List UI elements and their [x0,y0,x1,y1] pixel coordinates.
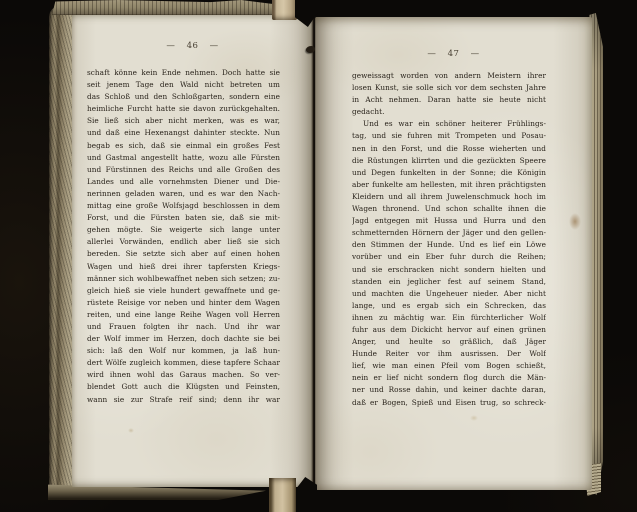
foxing-spot [237,117,244,123]
text-line: blendet Gott auch die Klügsten und Feins… [87,381,280,393]
text-line: daß er Bogen, Spieß und Eisen trug, so s… [352,397,546,409]
text-line: und daß eine Hexenangst dahinter steckte… [87,127,280,139]
text-line: tag, und sie fuhren mit Trompeten und Po… [352,130,546,142]
text-line: begab es sich, daß sie einmal ein großes… [87,140,280,152]
text-line: und sie erschracken nicht sondern hielte… [352,264,546,276]
text-line: gleich hieß sie viele hundert gewaffnete… [87,285,280,297]
text-line: fuhr aus dem Dickicht hervor auf einen g… [352,324,546,336]
text-line: Kleidern und all ihrem Juwelenschmuck ho… [352,191,546,203]
book-scan-photo: — 46 — schaft könne kein Ende nehmen. Do… [0,0,637,512]
foxing-spot [128,428,134,433]
text-line: Anger, und heulte so gräßlich, daß Jäger [352,336,546,348]
text-line: das Schloß und den Schloßgarten, sondern… [87,91,280,103]
text-line: seit jenem Tage den Wald nicht betreten … [87,79,280,91]
text-line: aber funkelte am hellesten, mit ihren pr… [352,179,546,191]
page-46: — 46 — schaft könne kein Ende nehmen. Do… [72,13,313,487]
text-line: allerlei Vorwänden, endlich aber ließ si… [87,236,280,248]
text-line: Landes und alle vornehmsten Diener und D… [87,176,280,188]
bookmark-ribbon-bottom [269,478,296,512]
text-line: rüstete Reisige vor neben und hinter dem… [87,297,280,309]
page-46-text-block: schaft könne kein Ende nehmen. Doch hatt… [87,67,280,406]
text-line: nein er lief nicht sondern flog durch di… [352,372,546,384]
text-line: vorüber und ein Eber fuhr durch die Reih… [352,251,546,263]
text-line: Wagen thronend. Und schon schallte ihnen… [352,203,546,215]
text-line: und Gastmal angestellt hatte, wozu alle … [87,152,280,164]
text-line: standen ein jeglicher fest auf seinem St… [352,276,546,288]
text-line: bereden. Sie setzte sich aber auf einen … [87,248,280,260]
bookmark-ribbon-top [272,0,297,20]
text-line: Hunde Reiter vor ihm ausrissen. Der Wolf [352,348,546,360]
text-line: Sie ließ sich aber nicht merken, was es … [87,115,280,127]
text-line: in Acht nehmen. Daran hatte sie heute ni… [352,94,546,106]
text-line: losen Kunst, sie solle sich vor dem sech… [352,82,546,94]
page-block-top-edge [52,0,272,15]
text-line: reiten, und eine lange Reihe Wagen voll … [87,309,280,321]
text-line: nerinnen geladen waren, und es war den N… [87,188,280,200]
paper-stain [569,213,581,230]
text-line: lief, wie man einen Pfeil vom Bogen schi… [352,360,546,372]
text-line: wird ihnen wohl das Garaus machen. So ve… [87,369,280,381]
text-line: ihnen zu mächtig war. Ein fürchterlicher… [352,312,546,324]
text-line: und Degen funkelten in der Sonne; die Kö… [352,167,546,179]
text-line: den Stimmen der Hunde. Und es lief ein L… [352,239,546,251]
text-line: heimliche Furcht hatte sie davon zurückg… [87,103,280,115]
text-line: Jagd entgegen mit Hussa und Hurra und de… [352,215,546,227]
text-line: gedacht. [352,106,546,118]
text-line: Und es war ein schöner heiterer Frühling… [352,118,546,130]
page-number-header-46: — 46 — [72,41,313,51]
text-line: schaft könne kein Ende nehmen. Doch hatt… [87,67,280,79]
text-line: die Rüstungen klirrten und die gezückten… [352,155,546,167]
text-line: und Frauen folgten ihr nach. Und ihr war [87,321,280,333]
text-line: gehen mögte. Sie weigerte sich lange unt… [87,224,280,236]
text-line: lange, und es ergab sich ein Schrecken, … [352,300,546,312]
text-line: nen in den Forst, und die Rosse wieherte… [352,143,546,155]
text-line: Forst, und die Fürsten baten sie, daß si… [87,212,280,224]
text-line: dert Wölfe zugleich kommen, diese tapfer… [87,357,280,369]
page-47-text-block: geweissagt worden von andern Meistern ih… [352,70,546,409]
text-line: sich: laß den Wolf nur kommen, ja laß hu… [87,345,280,357]
text-line: mittag eine große Wolfsjagd beschlossen … [87,200,280,212]
foxing-spot [470,415,478,421]
text-line: schmetternden Hörnern der Jäger und den … [352,227,546,239]
page-47: — 47 — geweissagt worden von andern Meis… [315,17,592,490]
text-line: männer sich wohlbewaffnet neben sich set… [87,273,280,285]
text-line: und machten die Ungeheuer nieder. Aber n… [352,288,546,300]
text-line: ner und Rosse dahin, und keiner dachte d… [352,384,546,396]
text-line: Wagen und hieß drei ihrer tapfersten Kri… [87,261,280,273]
page-number-header-47: — 47 — [315,49,592,59]
text-line: der Wolf immer im Herzen, doch dachte si… [87,333,280,345]
book-gutter-shadow [311,15,316,488]
text-line: wann sie zur Strafe reif sind; denn ihr … [87,394,280,406]
text-line: und Fürstinnen des Reichs und alle Große… [87,164,280,176]
text-line: geweissagt worden von andern Meistern ih… [352,70,546,82]
